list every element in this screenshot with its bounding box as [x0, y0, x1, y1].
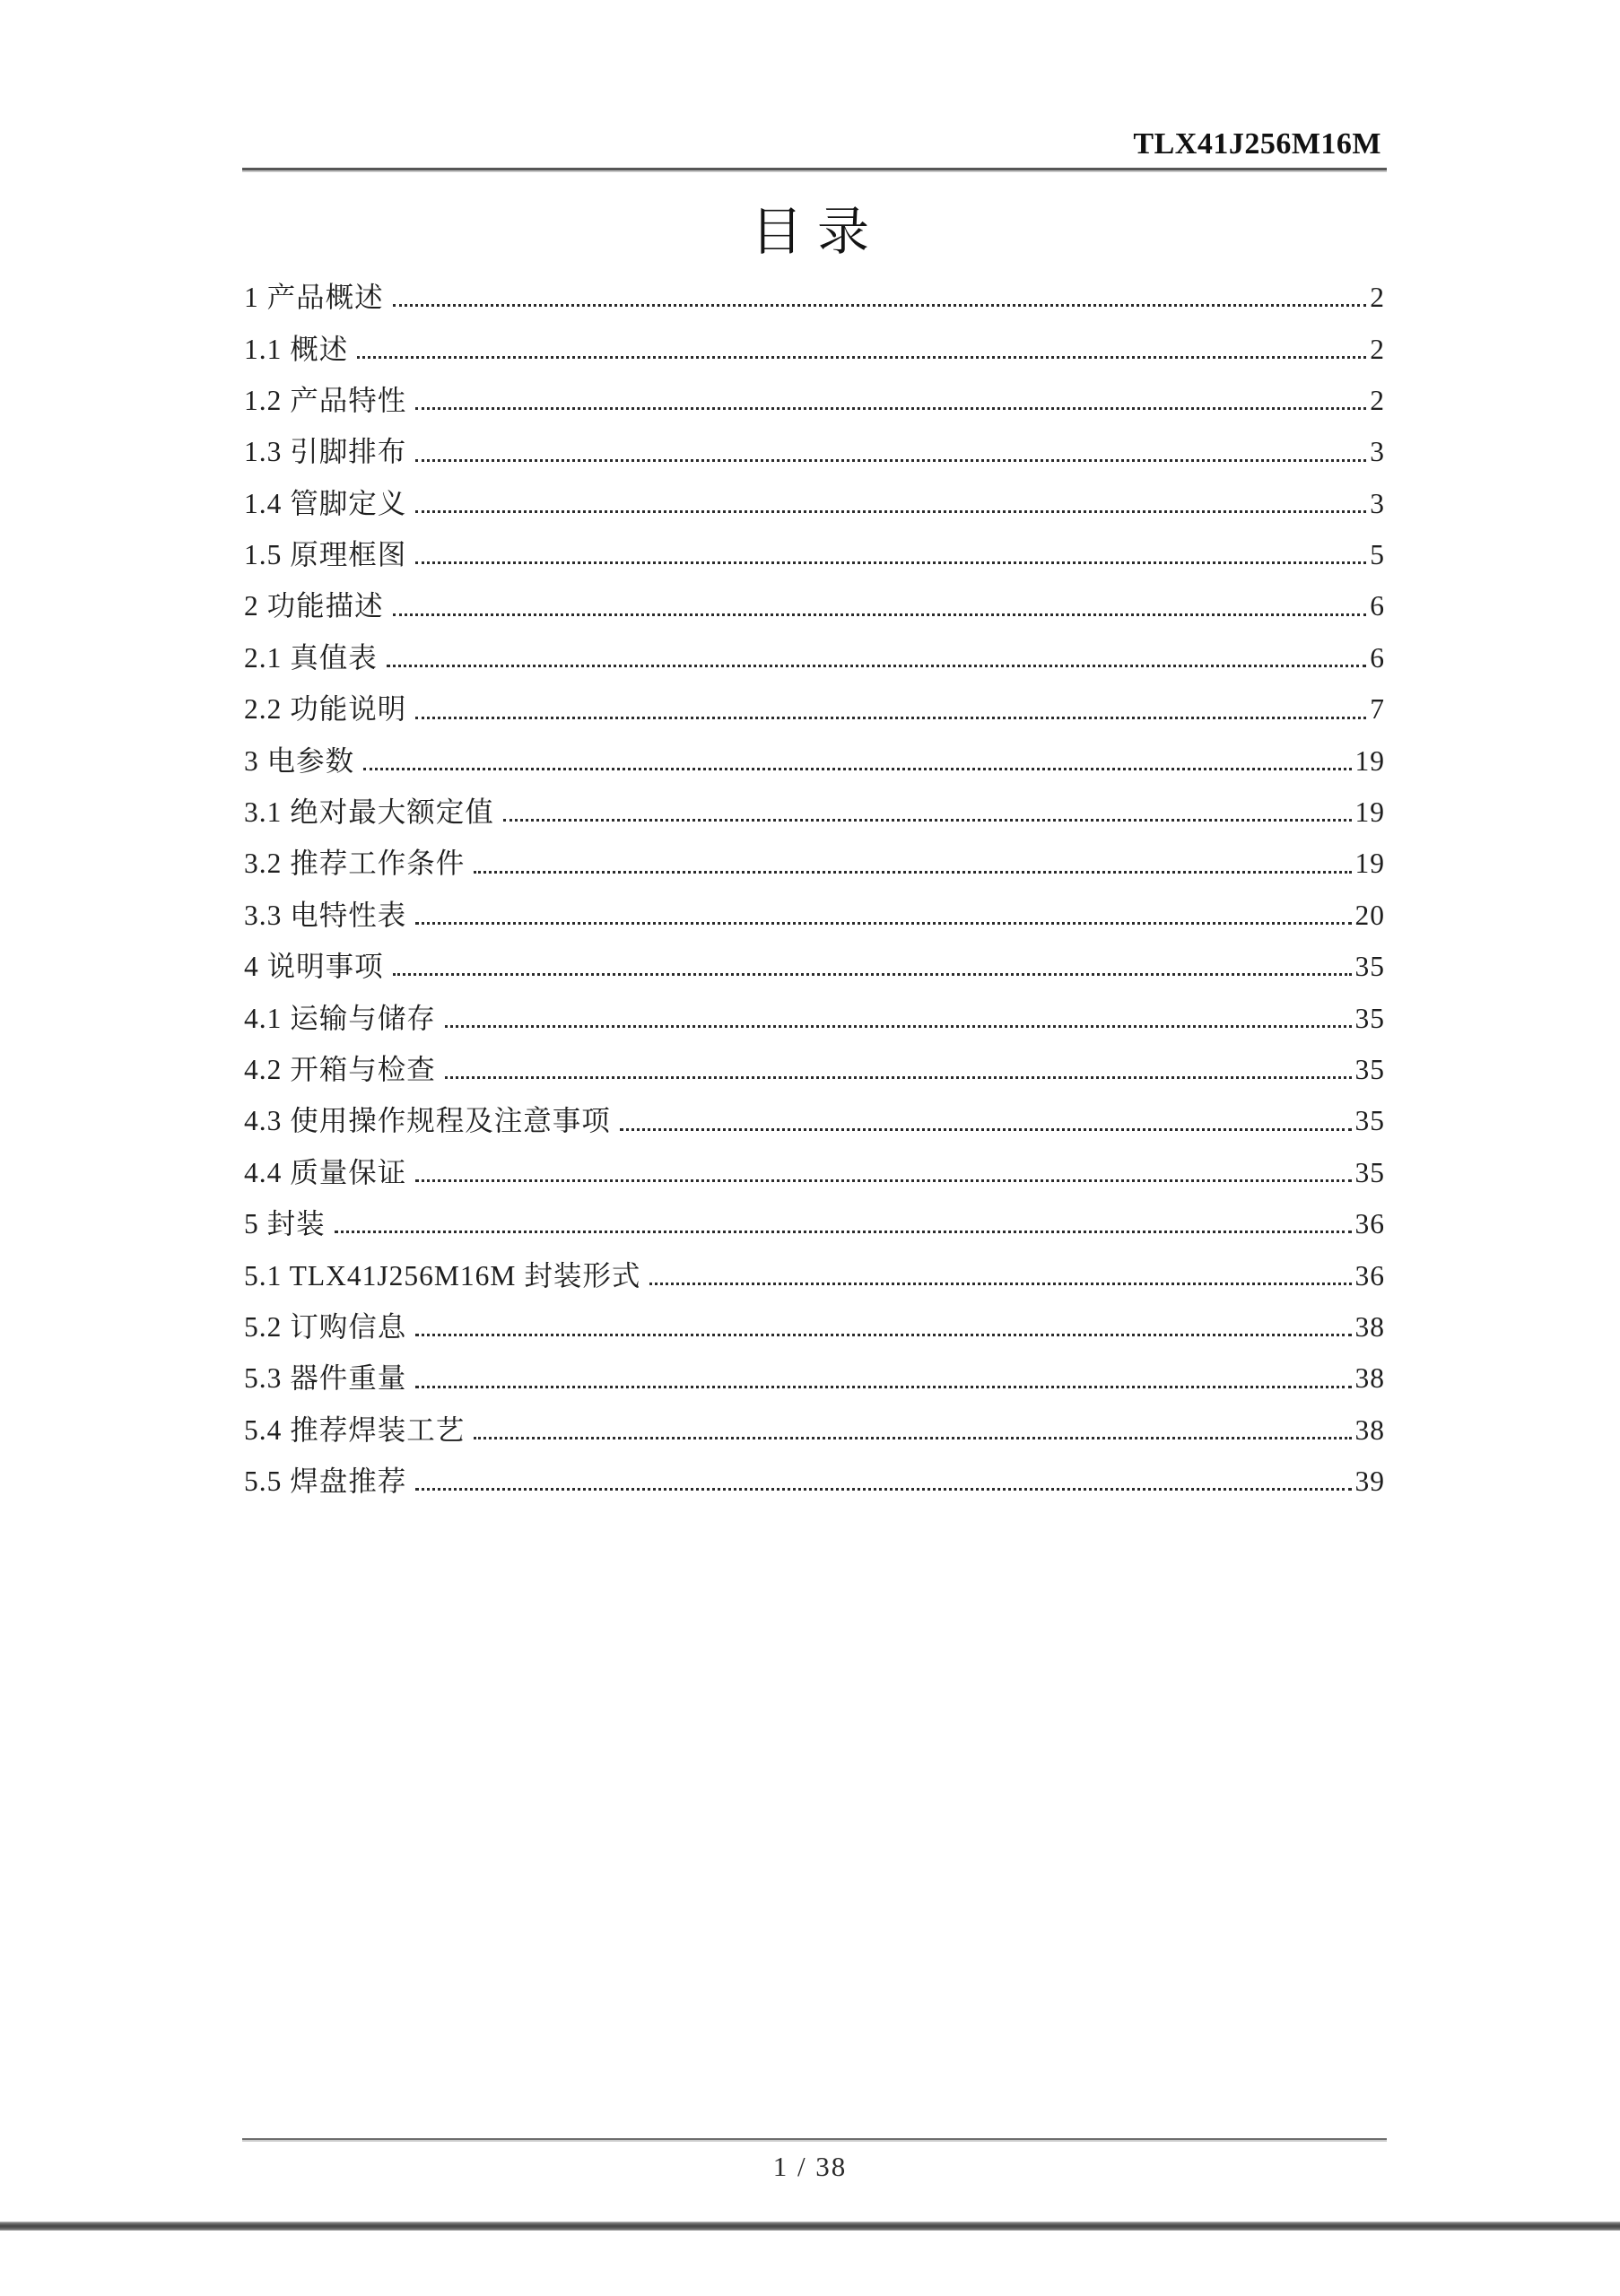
- toc-entry[interactable]: 5.2 订购信息 38: [244, 1301, 1385, 1352]
- document-page: TLX41J256M16M 目录 1 产品概述 2 1.1 概述 2 1.2 产…: [0, 0, 1620, 2296]
- toc-entry-label: 5.2 订购信息: [244, 1311, 406, 1343]
- toc-entry[interactable]: 5.1 TLX41J256M16M 封装形式 36: [244, 1249, 1385, 1300]
- dot-leader: [415, 510, 1366, 513]
- page-title: 目录: [0, 203, 1620, 263]
- dot-leader: [415, 717, 1366, 719]
- toc-entry[interactable]: 2.1 真值表 6: [244, 632, 1385, 683]
- toc-entry-label: 3 电参数: [244, 745, 354, 777]
- dot-leader: [445, 1076, 1352, 1079]
- dot-leader: [445, 1025, 1352, 1028]
- dot-leader: [415, 922, 1351, 925]
- toc-entry[interactable]: 5.3 器件重量 38: [244, 1352, 1385, 1404]
- toc-entry-page: 2: [1370, 282, 1385, 313]
- toc-entry-page: 19: [1355, 848, 1386, 879]
- toc-entry-label: 1.5 原理框图: [244, 539, 406, 570]
- toc-entry[interactable]: 5 封装 36: [244, 1198, 1385, 1249]
- dot-leader: [393, 973, 1352, 976]
- toc-entry[interactable]: 4 说明事项 35: [244, 941, 1385, 992]
- toc-entry-label: 1 产品概述: [244, 282, 384, 313]
- toc-entry-page: 35: [1355, 1054, 1386, 1085]
- toc-entry-label: 3.1 绝对最大额定值: [244, 796, 494, 828]
- dot-leader: [415, 1334, 1351, 1336]
- toc-entry[interactable]: 5.5 焊盘推荐 39: [244, 1456, 1385, 1507]
- toc-entry-label: 3.3 电特性表: [244, 900, 406, 931]
- toc-entry[interactable]: 4.2 开箱与检查 35: [244, 1044, 1385, 1095]
- toc-entry-page: 2: [1370, 385, 1385, 416]
- toc-entry-label: 3.2 推荐工作条件: [244, 848, 465, 879]
- dot-leader: [415, 1488, 1351, 1491]
- dot-leader: [415, 1386, 1351, 1388]
- toc-entry[interactable]: 1.3 引脚排布 3: [244, 426, 1385, 477]
- toc-entry-page: 39: [1355, 1465, 1386, 1497]
- toc-entry-label: 1.2 产品特性: [244, 385, 406, 416]
- toc-entry[interactable]: 4.3 使用操作规程及注意事项 35: [244, 1095, 1385, 1146]
- toc-entry[interactable]: 3.1 绝对最大额定值 19: [244, 787, 1385, 838]
- dot-leader: [503, 819, 1352, 822]
- toc-entry-page: 3: [1370, 436, 1385, 467]
- toc-entry[interactable]: 1.5 原理框图 5: [244, 529, 1385, 580]
- toc-entry[interactable]: 2.2 功能说明 7: [244, 683, 1385, 735]
- toc-entry-page: 38: [1355, 1414, 1386, 1446]
- toc-entry-label: 5.3 器件重量: [244, 1362, 406, 1394]
- toc-entry[interactable]: 1.2 产品特性 2: [244, 375, 1385, 426]
- toc-entry[interactable]: 1.1 概述 2: [244, 323, 1385, 374]
- toc-entry-page: 3: [1370, 488, 1385, 519]
- toc-entry-label: 2 功能描述: [244, 590, 384, 622]
- toc-entry[interactable]: 3.3 电特性表 20: [244, 890, 1385, 941]
- footer-rule: [242, 2138, 1387, 2142]
- dot-leader: [387, 665, 1366, 667]
- dot-leader: [649, 1283, 1351, 1285]
- toc-entry[interactable]: 1.4 管脚定义 3: [244, 478, 1385, 529]
- header-doc-code: TLX41J256M16M: [1133, 129, 1381, 160]
- toc-entry-label: 4.4 质量保证: [244, 1157, 406, 1188]
- toc-entry-label: 2.1 真值表: [244, 642, 378, 674]
- page-bottom-separator: [0, 2222, 1620, 2231]
- toc-entry-page: 7: [1370, 693, 1385, 725]
- toc-entry-page: 35: [1355, 1157, 1386, 1188]
- toc-entry-page: 19: [1355, 796, 1386, 828]
- dot-leader: [474, 1437, 1351, 1439]
- toc-entry[interactable]: 3 电参数 19: [244, 735, 1385, 787]
- toc-entry-label: 1.1 概述: [244, 334, 348, 365]
- toc-entry-label: 4.1 运输与储存: [244, 1003, 436, 1034]
- toc-list: 1 产品概述 2 1.1 概述 2 1.2 产品特性 2 1.3 引脚排布 3 …: [244, 272, 1385, 1507]
- toc-entry[interactable]: 4.4 质量保证 35: [244, 1147, 1385, 1198]
- toc-entry-label: 2.2 功能说明: [244, 693, 406, 725]
- dot-leader: [363, 768, 1351, 770]
- toc-entry[interactable]: 2 功能描述 6: [244, 580, 1385, 631]
- dot-leader: [357, 356, 1366, 359]
- dot-leader: [415, 459, 1366, 462]
- toc-entry-page: 38: [1355, 1362, 1386, 1394]
- toc-entry[interactable]: 3.2 推荐工作条件 19: [244, 838, 1385, 889]
- toc-entry-label: 4.3 使用操作规程及注意事项: [244, 1105, 611, 1136]
- dot-leader: [620, 1128, 1352, 1131]
- dot-leader: [393, 613, 1367, 616]
- toc-entry-page: 38: [1355, 1311, 1386, 1343]
- toc-entry-label: 5.5 焊盘推荐: [244, 1465, 406, 1497]
- toc-entry-page: 36: [1355, 1260, 1386, 1291]
- toc-entry-page: 2: [1370, 334, 1385, 365]
- toc-entry-label: 1.4 管脚定义: [244, 488, 406, 519]
- toc-entry-label: 4 说明事项: [244, 951, 384, 982]
- toc-entry-page: 35: [1355, 1105, 1386, 1136]
- toc-entry-label: 1.3 引脚排布: [244, 436, 406, 467]
- toc-entry-page: 36: [1355, 1208, 1386, 1239]
- dot-leader: [474, 871, 1351, 874]
- toc-entry[interactable]: 4.1 运输与储存 35: [244, 992, 1385, 1043]
- dot-leader: [393, 304, 1367, 307]
- toc-entry[interactable]: 5.4 推荐焊装工艺 38: [244, 1405, 1385, 1456]
- toc-entry-page: 35: [1355, 951, 1386, 982]
- page-indicator: 1 / 38: [0, 2151, 1620, 2183]
- dot-leader: [415, 407, 1366, 410]
- toc-entry[interactable]: 1 产品概述 2: [244, 272, 1385, 323]
- dot-leader: [415, 1179, 1351, 1182]
- toc-entry-page: 35: [1355, 1003, 1386, 1034]
- header-rule: [242, 168, 1387, 172]
- toc-entry-page: 6: [1370, 642, 1385, 674]
- page-title-text: 目录: [751, 203, 884, 261]
- toc-entry-label: 5.1 TLX41J256M16M 封装形式: [244, 1260, 640, 1291]
- dot-leader: [415, 561, 1366, 564]
- toc-entry-page: 6: [1370, 590, 1385, 622]
- dot-leader: [335, 1231, 1352, 1233]
- toc-entry-label: 4.2 开箱与检查: [244, 1054, 436, 1085]
- toc-entry-page: 5: [1370, 539, 1385, 570]
- toc-entry-label: 5 封装: [244, 1208, 326, 1239]
- toc-entry-page: 19: [1355, 745, 1386, 777]
- toc-entry-page: 20: [1355, 900, 1386, 931]
- toc-entry-label: 5.4 推荐焊装工艺: [244, 1414, 465, 1446]
